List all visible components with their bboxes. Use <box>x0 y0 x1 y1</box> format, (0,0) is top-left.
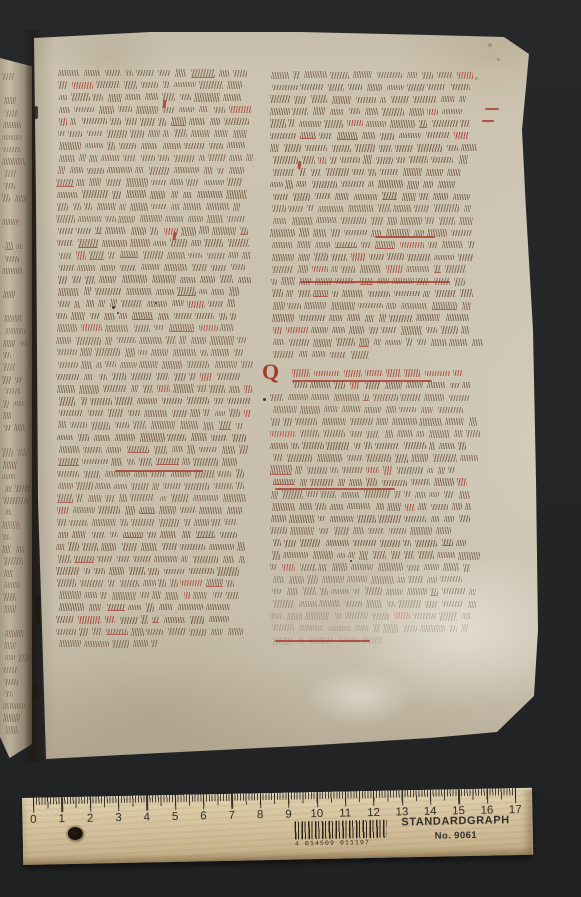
script-word <box>347 503 371 509</box>
script-word <box>291 443 300 449</box>
script-word <box>79 385 99 393</box>
script-word <box>146 629 162 635</box>
script-word <box>399 407 417 413</box>
script-word <box>194 93 220 101</box>
script-word <box>4 97 16 104</box>
script-word <box>178 604 203 610</box>
script-word <box>58 483 73 490</box>
script-word <box>215 411 226 417</box>
script-line <box>3 120 24 130</box>
script-word <box>347 576 368 582</box>
script-word <box>270 229 295 237</box>
script-word <box>219 313 227 320</box>
script-word <box>76 494 84 502</box>
script-word <box>199 155 205 161</box>
script-word <box>404 516 426 522</box>
script-word <box>383 624 399 632</box>
script-word <box>211 349 229 356</box>
script-word <box>186 179 199 186</box>
script-line <box>292 368 463 378</box>
script-word <box>426 169 443 176</box>
script-word <box>95 483 111 489</box>
script-word <box>220 324 233 331</box>
script-word <box>270 431 296 437</box>
script-word <box>386 265 404 273</box>
script-word <box>237 542 245 550</box>
cm-tick <box>90 797 92 812</box>
script-word <box>234 349 243 357</box>
script-word <box>143 580 156 587</box>
script-word <box>387 503 401 512</box>
cm-tick-label: 11 <box>335 807 355 819</box>
script-word <box>4 605 16 613</box>
script-word <box>139 337 163 343</box>
script-word <box>434 265 441 273</box>
script-line <box>4 181 24 191</box>
script-word <box>172 300 184 306</box>
script-word <box>356 97 376 103</box>
rubric-underline <box>482 120 494 122</box>
script-word <box>3 593 16 601</box>
script-word <box>421 407 433 413</box>
script-word <box>170 239 187 247</box>
script-word <box>129 567 145 575</box>
script-word <box>105 70 122 76</box>
script-word <box>376 157 393 164</box>
script-line <box>273 575 472 585</box>
script-word <box>320 491 336 498</box>
script-word <box>348 205 374 213</box>
script-word <box>328 84 343 90</box>
script-word <box>193 495 218 501</box>
script-word <box>124 81 137 89</box>
script-word <box>181 556 188 562</box>
script-word <box>311 169 322 176</box>
script-word <box>213 592 224 599</box>
script-word <box>163 143 181 149</box>
script-word <box>387 85 404 91</box>
cm-tick-label: 4 <box>137 811 157 823</box>
script-word <box>271 279 277 285</box>
script-line <box>57 323 242 333</box>
script-word <box>365 587 382 595</box>
script-word <box>379 145 392 152</box>
cm-tick <box>146 795 148 810</box>
script-word <box>166 336 176 344</box>
script-word <box>300 564 315 571</box>
script-word <box>297 241 311 248</box>
script-line <box>272 502 471 512</box>
script-word <box>57 385 75 392</box>
script-line <box>57 202 240 212</box>
script-word <box>130 130 145 138</box>
script-word <box>406 382 423 388</box>
script-word <box>462 382 470 388</box>
script-word <box>208 301 222 307</box>
cm-tick <box>203 794 205 809</box>
script-word <box>299 351 309 357</box>
script-word <box>380 97 387 103</box>
script-word <box>434 204 459 212</box>
script-word <box>171 471 190 477</box>
script-line <box>272 240 475 250</box>
wormhole-speck <box>155 302 157 304</box>
script-word <box>223 494 246 502</box>
script-word <box>58 288 79 296</box>
script-word <box>180 544 205 550</box>
script-word <box>220 532 238 538</box>
cm-tick <box>33 798 35 813</box>
script-word <box>141 82 158 88</box>
script-word <box>180 507 197 513</box>
script-word <box>336 338 355 346</box>
script-line <box>273 477 467 487</box>
script-word <box>418 503 427 510</box>
script-word <box>282 564 295 571</box>
script-word <box>59 107 70 113</box>
script-word <box>330 352 346 358</box>
script-line <box>272 82 470 92</box>
script-word <box>436 527 452 535</box>
script-word <box>192 264 207 271</box>
script-word <box>413 96 438 103</box>
script-word <box>81 324 102 331</box>
script-word <box>387 601 395 607</box>
script-word <box>127 446 149 454</box>
script-word <box>387 253 404 260</box>
script-word <box>299 601 317 607</box>
script-word <box>458 442 466 450</box>
script-word <box>439 217 455 225</box>
script-word <box>209 544 234 550</box>
script-word <box>442 109 462 115</box>
script-word <box>354 194 378 200</box>
script-word <box>431 157 454 163</box>
script-line <box>2 266 23 276</box>
rubric-underline <box>275 488 395 490</box>
script-word <box>89 251 105 260</box>
script-word <box>56 374 79 380</box>
script-word <box>91 422 110 430</box>
script-word <box>289 576 304 584</box>
script-word <box>387 217 396 225</box>
script-word <box>459 491 471 499</box>
script-word <box>148 568 159 576</box>
script-word <box>458 254 473 262</box>
script-line <box>5 254 19 264</box>
script-line <box>272 289 473 299</box>
script-word <box>316 217 337 223</box>
script-word <box>229 386 240 393</box>
script-word <box>351 351 369 359</box>
script-word <box>342 290 363 297</box>
script-word <box>171 117 186 126</box>
script-word <box>154 446 167 454</box>
script-word <box>74 107 94 113</box>
script-word <box>4 425 11 431</box>
script-word <box>140 118 155 126</box>
script-word <box>2 448 13 456</box>
script-word <box>190 616 204 624</box>
script-word <box>415 540 438 547</box>
script-word <box>394 612 410 619</box>
script-word <box>170 179 183 185</box>
script-word <box>319 600 339 607</box>
script-word <box>385 340 402 346</box>
script-word <box>449 395 469 401</box>
script-word <box>94 568 105 575</box>
script-word <box>272 85 298 91</box>
script-word <box>345 601 362 607</box>
script-line <box>273 599 476 609</box>
script-word <box>211 629 223 636</box>
script-word <box>151 180 166 186</box>
script-word <box>283 418 292 426</box>
script-word <box>377 72 402 78</box>
script-word <box>164 569 186 575</box>
script-word <box>122 275 147 283</box>
ruler-brand: STANDARDGRAPH <box>400 814 510 828</box>
script-word <box>191 337 206 345</box>
script-word <box>102 240 127 247</box>
script-word <box>270 108 290 115</box>
script-word <box>215 361 237 368</box>
script-line <box>58 68 248 78</box>
script-word <box>425 601 437 608</box>
script-word <box>456 540 466 546</box>
script-line <box>270 392 474 402</box>
script-word <box>100 265 114 271</box>
script-word <box>191 433 208 441</box>
script-word <box>283 552 307 558</box>
script-word <box>426 327 437 333</box>
script-word <box>227 299 235 307</box>
script-word <box>217 567 239 575</box>
script-word <box>90 313 100 319</box>
script-word <box>273 406 297 412</box>
script-word <box>76 228 90 234</box>
script-word <box>287 303 301 310</box>
script-word <box>289 339 309 346</box>
script-word <box>231 264 245 270</box>
script-word <box>191 240 200 246</box>
script-word <box>167 252 184 259</box>
script-word <box>3 291 15 297</box>
script-word <box>425 371 450 377</box>
script-word <box>385 430 393 438</box>
script-word <box>439 612 458 621</box>
script-word <box>406 266 429 272</box>
cm-tick <box>401 790 403 805</box>
script-word <box>140 433 165 441</box>
script-word <box>358 303 383 309</box>
script-word <box>423 291 430 297</box>
script-word <box>273 302 285 310</box>
script-word <box>422 72 433 79</box>
script-word <box>365 381 380 389</box>
script-word <box>344 230 368 236</box>
script-word <box>169 324 194 332</box>
script-word <box>318 516 326 522</box>
script-word <box>236 469 244 477</box>
ruler-halfcm-ticks <box>33 788 516 809</box>
script-line <box>3 362 19 372</box>
script-line <box>59 603 240 613</box>
script-word <box>228 628 243 635</box>
script-word <box>288 119 295 127</box>
script-word <box>427 109 438 115</box>
script-line <box>271 490 473 500</box>
script-word <box>86 300 94 307</box>
script-line <box>270 131 469 141</box>
script-word <box>357 515 375 523</box>
script-word <box>58 555 71 563</box>
script-line <box>273 216 475 226</box>
script-word <box>223 94 242 101</box>
script-word <box>379 314 386 322</box>
script-word <box>197 191 222 198</box>
script-word <box>306 491 318 497</box>
script-word <box>5 726 18 734</box>
script-word <box>461 326 468 334</box>
script-word <box>56 544 65 550</box>
script-word <box>73 507 95 513</box>
script-word <box>394 291 420 297</box>
script-word <box>270 182 283 188</box>
script-word <box>141 543 157 551</box>
script-word <box>332 291 339 298</box>
script-line <box>273 538 466 548</box>
script-word <box>119 204 126 211</box>
script-word <box>2 135 22 141</box>
script-word <box>57 349 77 355</box>
script-line <box>56 335 250 345</box>
script-word <box>206 203 229 210</box>
script-word <box>322 576 343 583</box>
script-word <box>105 361 116 367</box>
script-line <box>58 165 253 175</box>
script-word <box>105 337 112 345</box>
script-line <box>270 119 479 129</box>
script-word <box>219 421 231 430</box>
script-word <box>305 145 327 151</box>
script-word <box>80 348 92 355</box>
script-word <box>229 409 240 417</box>
script-word <box>160 531 177 539</box>
script-word <box>199 447 216 453</box>
script-word <box>273 539 281 546</box>
script-word <box>68 542 79 550</box>
script-word <box>152 591 160 599</box>
script-line <box>272 204 471 214</box>
script-word <box>338 479 346 487</box>
script-word <box>227 216 245 222</box>
script-word <box>180 94 192 100</box>
script-word <box>171 191 178 198</box>
script-word <box>76 179 84 186</box>
script-word <box>151 421 176 429</box>
script-line <box>4 677 23 687</box>
script-word <box>4 570 13 577</box>
script-word <box>459 155 468 163</box>
script-word <box>368 528 385 534</box>
cm-tick <box>288 793 290 808</box>
script-word <box>187 445 195 453</box>
script-word <box>240 227 248 235</box>
script-line <box>58 360 253 370</box>
script-word <box>355 144 375 152</box>
script-word <box>431 504 448 510</box>
script-line <box>56 627 245 637</box>
script-word <box>347 120 363 126</box>
script-word <box>170 579 178 587</box>
script-word <box>390 120 415 127</box>
script-line <box>59 396 251 406</box>
script-word <box>454 132 469 139</box>
script-word <box>156 458 179 465</box>
script-word <box>92 628 103 636</box>
script-line <box>272 587 477 597</box>
script-word <box>448 467 454 473</box>
script-word <box>380 133 394 141</box>
script-line <box>5 508 21 518</box>
script-word <box>4 582 20 588</box>
script-word <box>432 302 457 310</box>
script-word <box>366 431 379 438</box>
script-word <box>366 478 377 486</box>
script-word <box>70 118 76 125</box>
script-word <box>305 612 329 620</box>
script-word <box>2 534 10 541</box>
script-word <box>152 483 159 489</box>
script-word <box>420 625 445 631</box>
script-word <box>167 434 185 441</box>
script-word <box>57 240 73 246</box>
script-word <box>273 479 295 486</box>
script-word <box>141 155 155 161</box>
script-word <box>389 528 406 534</box>
script-word <box>112 191 121 199</box>
script-word <box>81 397 88 404</box>
script-word <box>232 434 246 442</box>
script-word <box>159 506 176 514</box>
script-word <box>444 516 454 522</box>
script-word <box>233 70 247 77</box>
script-word <box>208 154 226 161</box>
script-word <box>270 119 286 128</box>
script-word <box>271 491 278 499</box>
script-word <box>452 503 462 510</box>
script-word <box>427 84 445 90</box>
script-word <box>140 592 149 598</box>
script-word <box>386 589 404 595</box>
script-word <box>429 492 440 498</box>
folded-corner <box>490 690 542 736</box>
script-word <box>307 205 314 212</box>
script-word <box>5 110 18 117</box>
script-word <box>407 84 425 91</box>
script-word <box>99 106 114 114</box>
script-word <box>139 458 152 465</box>
script-word <box>313 229 326 237</box>
script-word <box>373 394 398 401</box>
script-word <box>314 253 329 262</box>
ruler-model: No. 9061 <box>401 829 511 842</box>
script-word <box>315 193 331 199</box>
script-line <box>270 94 466 104</box>
script-word <box>229 106 252 114</box>
script-word <box>396 157 405 163</box>
